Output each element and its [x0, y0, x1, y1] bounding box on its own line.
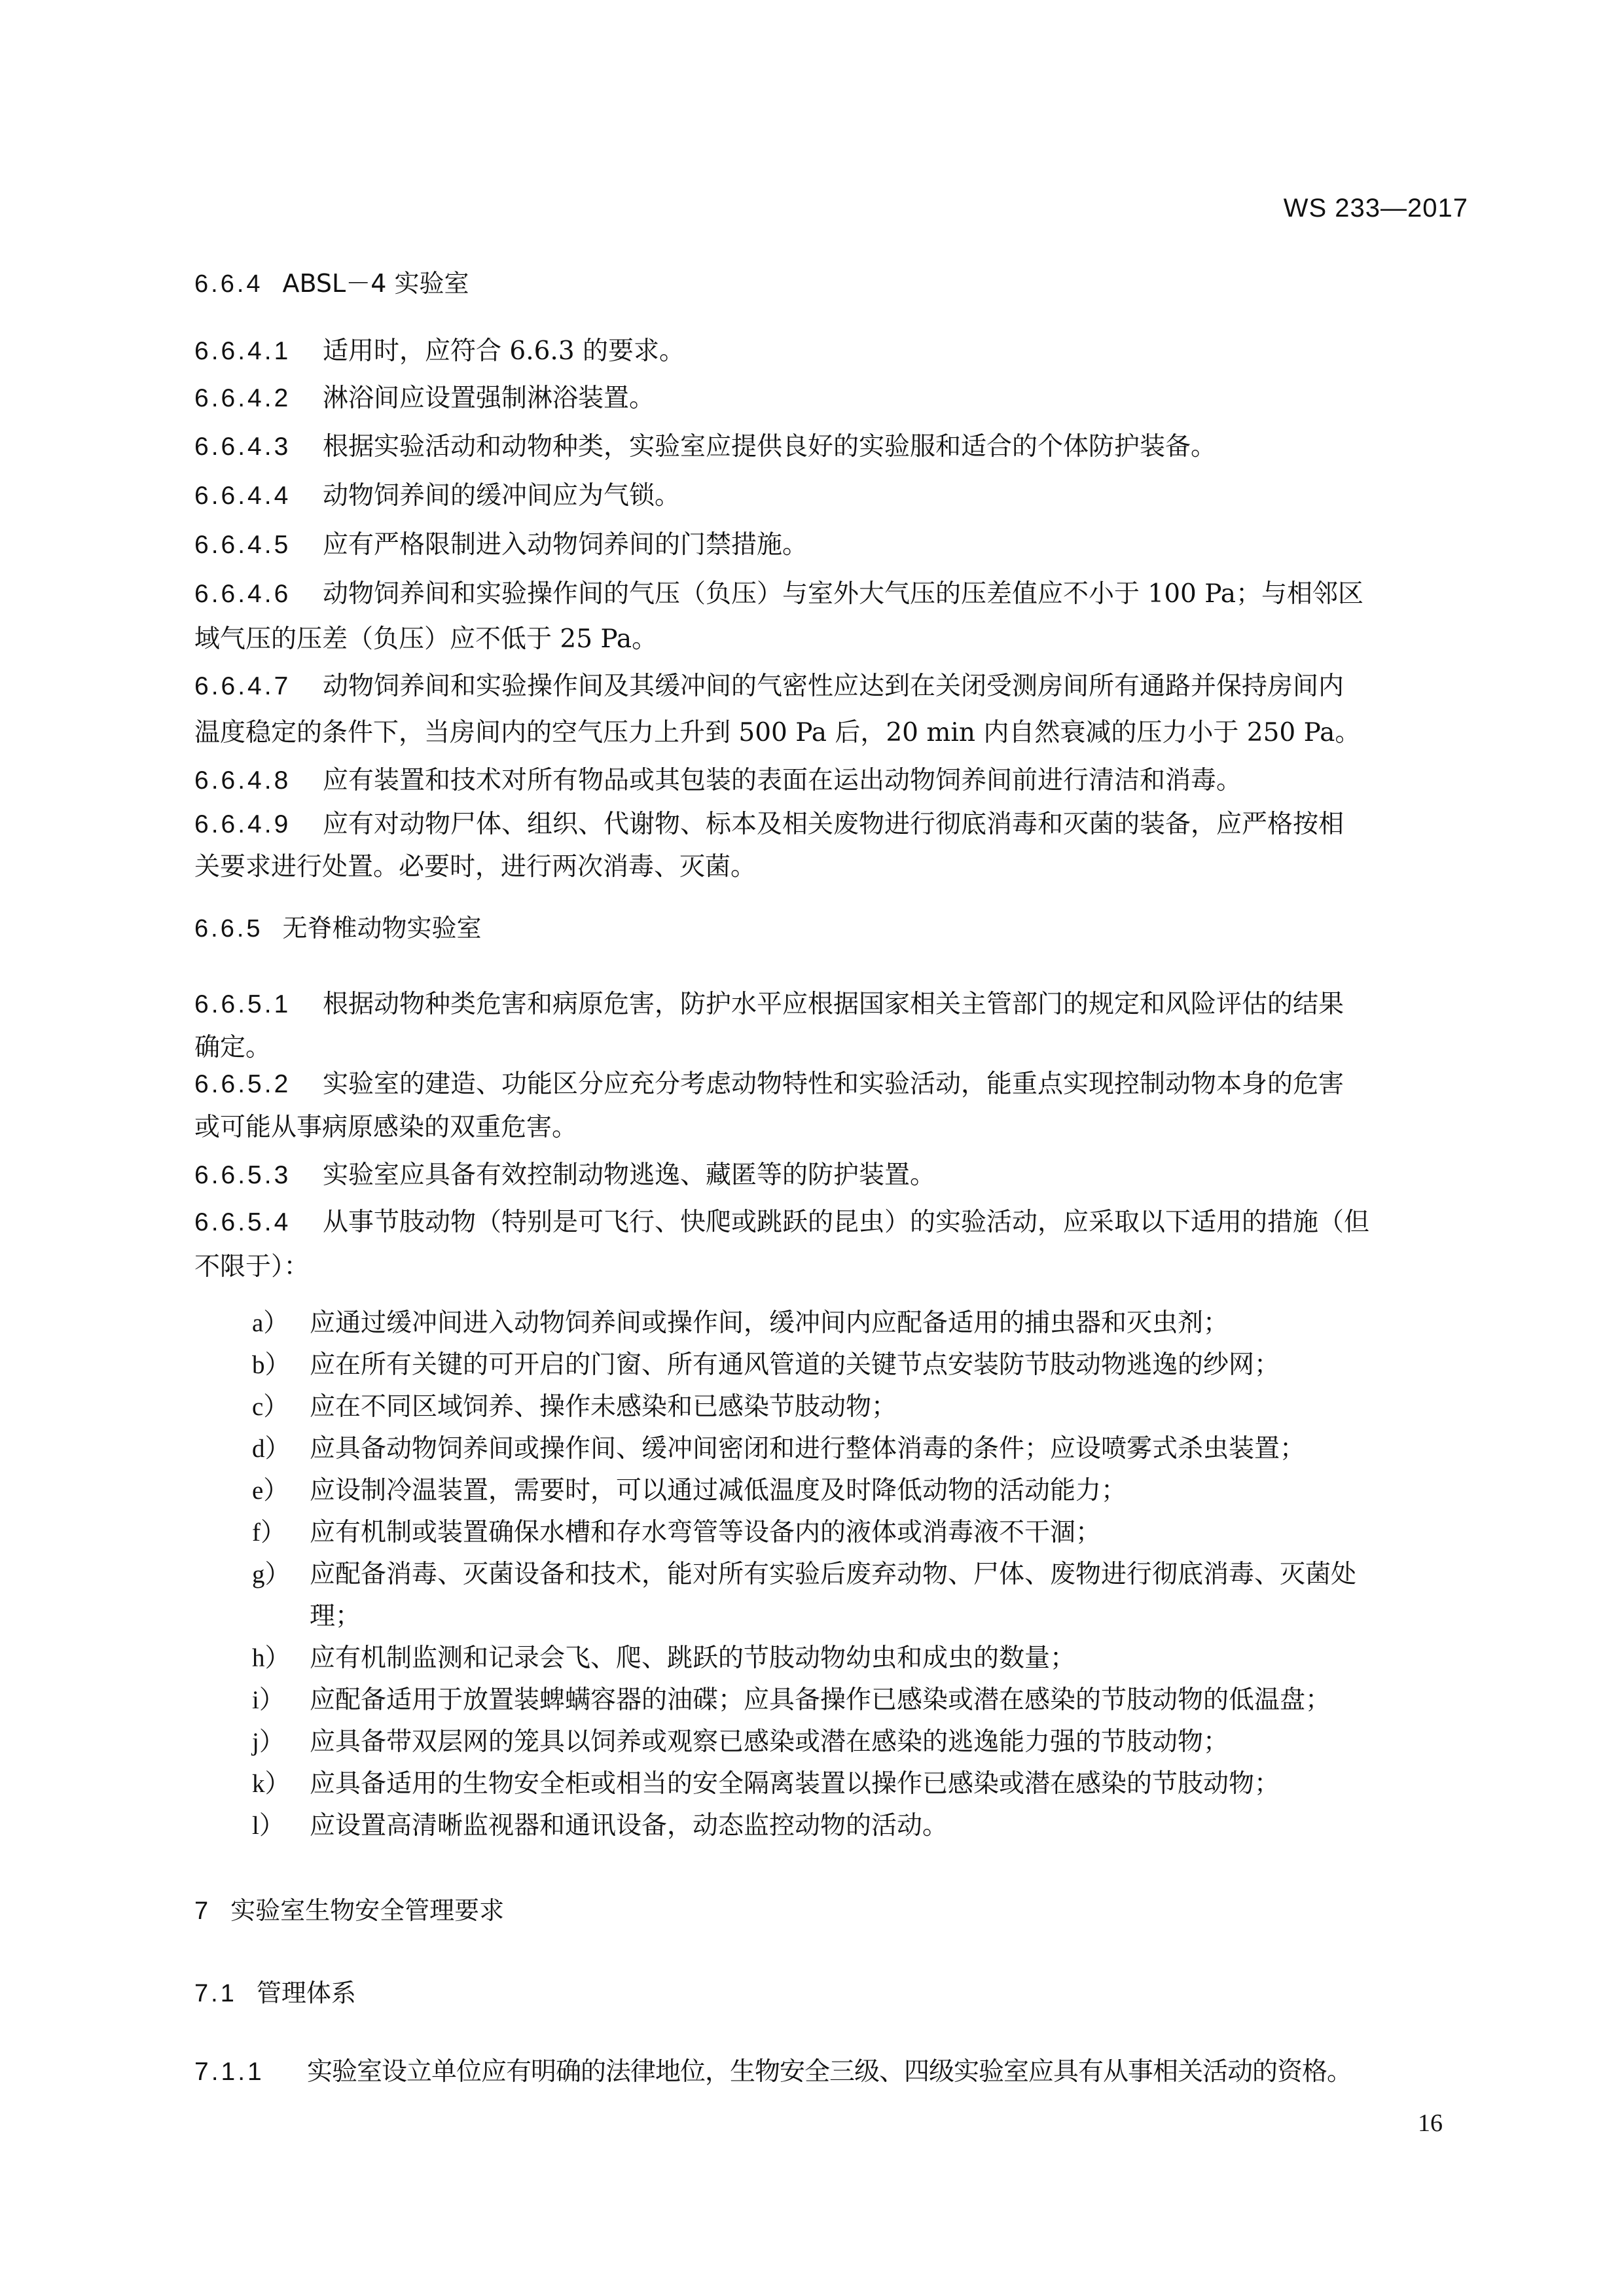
- list-marker: g）: [252, 1554, 310, 1590]
- clause-number: 6.6.5.4: [194, 1208, 323, 1237]
- document-code-header: WS 233—2017: [1284, 194, 1468, 223]
- chapter-number: 7: [194, 1897, 211, 1925]
- list-item-text: 应设置高清晰监视器和通讯设备，动态监控动物的活动。: [310, 1811, 948, 1840]
- list-item-i: i）应配备适用于放置装蜱螨容器的油碟；应具备操作已感染或潜在感染的节肢动物的低温…: [252, 1679, 1331, 1716]
- clause-number: 6.6.4.1: [194, 337, 323, 366]
- clause-text: 动物饲养间的缓冲间应为气锁。: [323, 481, 680, 511]
- section-number: 7.1: [194, 1980, 237, 2007]
- list-marker: l）: [252, 1805, 310, 1842]
- clause-text: 根据实验活动和动物种类，实验室应提供良好的实验服和适合的个体防护装备。: [323, 432, 1216, 461]
- clause-text: 淋浴间应设置强制淋浴装置。: [323, 384, 655, 413]
- list-item-text: 应通过缓冲间进入动物饲养间或操作间，缓冲间内应配备适用的捕虫器和灭虫剂；: [310, 1308, 1229, 1338]
- list-item-text: 应设制冷温装置，需要时，可以通过减低温度及时降低动物的活动能力；: [310, 1476, 1127, 1505]
- clause-number: 6.6.5.1: [194, 990, 323, 1019]
- clause-text: 动物饲养间和实验操作间及其缓冲间的气密性应达到在关闭受测房间所有通路并保持房间内: [323, 672, 1344, 701]
- chapter-heading-7: 7实验室生物安全管理要求: [194, 1890, 504, 1926]
- clause-6-6-5-1: 6.6.5.1根据动物种类危害和病原危害，防护水平应根据国家相关主管部门的规定和…: [194, 984, 1344, 1020]
- list-item-d: d）应具备动物饲养间或操作间、缓冲间密闭和进行整体消毒的条件；应设喷雾式杀虫装置…: [252, 1428, 1305, 1465]
- clause-6-6-4-8: 6.6.4.8应有装置和技术对所有物品或其包装的表面在运出动物饲养间前进行清洁和…: [194, 760, 1242, 797]
- clause-number: 6.6.5.2: [194, 1070, 323, 1099]
- list-marker: b）: [252, 1344, 310, 1381]
- list-marker: h）: [252, 1638, 310, 1674]
- clause-6-6-4-4: 6.6.4.4动物饲养间的缓冲间应为气锁。: [194, 475, 680, 512]
- clause-text: 适用时，应符合 6.6.3 的要求。: [323, 336, 685, 366]
- list-marker: d）: [252, 1428, 310, 1465]
- clause-6-6-4-2: 6.6.4.2淋浴间应设置强制淋浴装置。: [194, 378, 655, 414]
- clause-text: 实验室设立单位应有明确的法律地位，生物安全三级、四级实验室应具有从事相关活动的资…: [307, 2057, 1352, 2087]
- list-marker: f）: [252, 1512, 310, 1549]
- clause-text: 应有装置和技术对所有物品或其包装的表面在运出动物饲养间前进行清洁和消毒。: [323, 766, 1242, 795]
- section-title: 无脊椎动物实验室: [283, 914, 482, 942]
- list-item-text: 应有机制或装置确保水槽和存水弯管等设备内的液体或消毒液不干涸；: [310, 1518, 1101, 1547]
- chapter-title: 实验室生物安全管理要求: [230, 1896, 504, 1925]
- clause-text: 应有对动物尸体、组织、代谢物、标本及相关废物进行彻底消毒和灭菌的装备，应严格按相: [323, 810, 1344, 839]
- list-item-text: 应在所有关键的可开启的门窗、所有通风管道的关键节点安装防节肢动物逃逸的纱网；: [310, 1350, 1280, 1380]
- list-item-text: 应具备带双层网的笼具以饲养或观察已感染或潜在感染的逃逸能力强的节肢动物；: [310, 1727, 1229, 1757]
- clause-6-6-4-6-continuation: 域气压的压差（负压）应不低于 25 Pa。: [194, 619, 657, 655]
- clause-6-6-5-2: 6.6.5.2实验室的建造、功能区分应充分考虑动物特性和实验活动，能重点实现控制…: [194, 1064, 1344, 1100]
- list-item-a: a）应通过缓冲间进入动物饲养间或操作间，缓冲间内应配备适用的捕虫器和灭虫剂；: [252, 1302, 1229, 1339]
- list-item-text: 应有机制监测和记录会飞、爬、跳跃的节肢动物幼虫和成虫的数量；: [310, 1643, 1075, 1673]
- list-marker: e）: [252, 1470, 310, 1507]
- section-heading-7-1: 7.1管理体系: [194, 1973, 356, 2009]
- list-marker: k）: [252, 1763, 310, 1800]
- clause-6-6-5-3: 6.6.5.3实验室应具备有效控制动物逃逸、藏匿等的防护装置。: [194, 1155, 935, 1191]
- list-item-g: g）应配备消毒、灭菌设备和技术，能对所有实验后废弃动物、尸体、废物进行彻底消毒、…: [252, 1554, 1356, 1590]
- list-item-k: k）应具备适用的生物安全柜或相当的安全隔离装置以操作已感染或潜在感染的节肢动物；: [252, 1763, 1280, 1800]
- clause-6-6-4-9-continuation: 关要求进行处置。必要时，进行两次消毒、灭菌。: [194, 846, 756, 883]
- clause-text: 动物饲养间和实验操作间的气压（负压）与室外大气压的压差值应不小于 100 Pa；…: [323, 579, 1363, 609]
- clause-6-6-4-5: 6.6.4.5应有严格限制进入动物饲养间的门禁措施。: [194, 524, 808, 561]
- clause-6-6-4-6: 6.6.4.6动物饲养间和实验操作间的气压（负压）与室外大气压的压差值应不小于 …: [194, 573, 1363, 610]
- clause-number: 6.6.4.8: [194, 766, 323, 795]
- clause-6-6-4-3: 6.6.4.3根据实验活动和动物种类，实验室应提供良好的实验服和适合的个体防护装…: [194, 426, 1216, 463]
- section-heading-6-6-4: 6.6.4ABSL－4 实验室: [194, 263, 469, 299]
- section-title: 管理体系: [257, 1979, 356, 2007]
- clause-6-6-5-4-continuation: 不限于）：: [194, 1246, 310, 1283]
- list-marker: c）: [252, 1386, 310, 1423]
- clause-number: 6.6.4.5: [194, 531, 323, 560]
- list-item-text: 应具备适用的生物安全柜或相当的安全隔离装置以操作已感染或潜在感染的节肢动物；: [310, 1769, 1280, 1799]
- list-item-l: l）应设置高清晰监视器和通讯设备，动态监控动物的活动。: [252, 1805, 948, 1842]
- list-marker: i）: [252, 1679, 310, 1716]
- clause-6-6-5-2-continuation: 或可能从事病原感染的双重危害。: [194, 1107, 577, 1143]
- list-item-j: j）应具备带双层网的笼具以饲养或观察已感染或潜在感染的逃逸能力强的节肢动物；: [252, 1721, 1229, 1758]
- clause-number: 6.6.4.4: [194, 482, 323, 511]
- list-item-b: b）应在所有关键的可开启的门窗、所有通风管道的关键节点安装防节肢动物逃逸的纱网；: [252, 1344, 1280, 1381]
- clause-number: 6.6.4.3: [194, 433, 323, 461]
- list-item-text: 应在不同区域饲养、操作未感染和已感染节肢动物；: [310, 1392, 897, 1422]
- clause-text: 应有严格限制进入动物饲养间的门禁措施。: [323, 530, 808, 560]
- list-item-text: 应配备适用于放置装蜱螨容器的油碟；应具备操作已感染或潜在感染的节肢动物的低温盘；: [310, 1685, 1331, 1715]
- section-heading-6-6-5: 6.6.5无脊椎动物实验室: [194, 908, 482, 944]
- clause-6-6-4-7-continuation: 温度稳定的条件下，当房间内的空气压力上升到 500 Pa 后，20 min 内自…: [194, 712, 1360, 749]
- clause-text: 实验室的建造、功能区分应充分考虑动物特性和实验活动，能重点实现控制动物本身的危害: [323, 1069, 1344, 1099]
- list-item-h: h）应有机制监测和记录会飞、爬、跳跃的节肢动物幼虫和成虫的数量；: [252, 1638, 1075, 1674]
- list-item-g-continuation: 理；: [310, 1596, 361, 1632]
- clause-6-6-4-9: 6.6.4.9应有对动物尸体、组织、代谢物、标本及相关废物进行彻底消毒和灭菌的装…: [194, 804, 1344, 840]
- list-item-c: c）应在不同区域饲养、操作未感染和已感染节肢动物；: [252, 1386, 897, 1423]
- clause-number: 6.6.4.7: [194, 672, 323, 701]
- list-marker: a）: [252, 1302, 310, 1339]
- clause-number: 7.1.1: [194, 2058, 307, 2087]
- list-marker: j）: [252, 1721, 310, 1758]
- clause-number: 6.6.4.2: [194, 384, 323, 413]
- clause-6-6-5-4: 6.6.5.4从事节肢动物（特别是可飞行、快爬或跳跃的昆虫）的实验活动，应采取以…: [194, 1202, 1369, 1238]
- list-item-text: 应具备动物饲养间或操作间、缓冲间密闭和进行整体消毒的条件；应设喷雾式杀虫装置；: [310, 1434, 1305, 1463]
- list-item-text: 应配备消毒、灭菌设备和技术，能对所有实验后废弃动物、尸体、废物进行彻底消毒、灭菌…: [310, 1560, 1356, 1589]
- page-number: 16: [1418, 2109, 1443, 2138]
- clause-6-6-4-1: 6.6.4.1适用时，应符合 6.6.3 的要求。: [194, 331, 685, 367]
- clause-text: 根据动物种类危害和病原危害，防护水平应根据国家相关主管部门的规定和风险评估的结果: [323, 990, 1344, 1019]
- clause-number: 6.6.4.6: [194, 580, 323, 609]
- section-title: ABSL－4 实验室: [283, 269, 469, 298]
- clause-number: 6.6.4.9: [194, 810, 323, 839]
- clause-text: 实验室应具备有效控制动物逃逸、藏匿等的防护装置。: [323, 1160, 935, 1190]
- clause-7-1-1: 7.1.1实验室设立单位应有明确的法律地位，生物安全三级、四级实验室应具有从事相…: [194, 2051, 1352, 2088]
- clause-number: 6.6.5.3: [194, 1161, 323, 1190]
- list-item-e: e）应设制冷温装置，需要时，可以通过减低温度及时降低动物的活动能力；: [252, 1470, 1127, 1507]
- list-item-f: f）应有机制或装置确保水槽和存水弯管等设备内的液体或消毒液不干涸；: [252, 1512, 1101, 1549]
- clause-text: 从事节肢动物（特别是可飞行、快爬或跳跃的昆虫）的实验活动，应采取以下适用的措施（…: [323, 1208, 1369, 1237]
- section-number: 6.6.4: [194, 270, 263, 298]
- clause-6-6-5-1-continuation: 确定。: [194, 1027, 271, 1064]
- section-number: 6.6.5: [194, 915, 263, 942]
- clause-6-6-4-7: 6.6.4.7动物饲养间和实验操作间及其缓冲间的气密性应达到在关闭受测房间所有通…: [194, 666, 1344, 702]
